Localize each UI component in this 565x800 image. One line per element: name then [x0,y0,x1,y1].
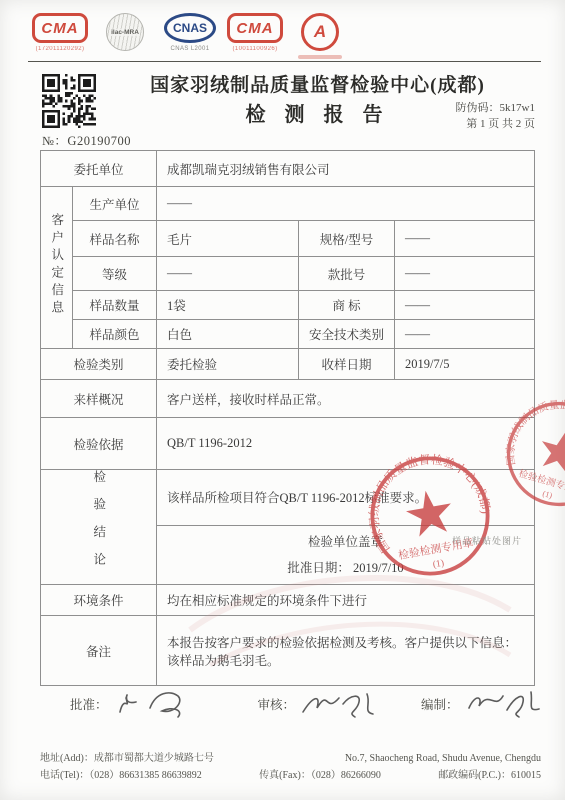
table-row: 样品颜色 白色 安全技术类别 —— [41,320,535,349]
postal-code: 邮政编码(P.C.)：610015 [438,767,541,784]
cma2-license-number: (10011100926) [232,46,277,52]
trademark-label: 商 标 [299,291,395,320]
header-divider [28,61,541,62]
table-row: 委托单位 成都凯瑞克羽绒销售有限公司 [41,151,535,187]
remark-value: 本报告按客户要求的检验依据检测及考核。客户提供以下信息：该样品为鹅毛羽毛。 [157,616,535,686]
sample-status-label: 来样概况 [41,380,157,418]
cma-mark-icon: CMA [32,13,87,43]
consignor-value: 成都凯瑞克羽绒销售有限公司 [157,151,535,187]
approver-signature-icon [112,686,208,722]
conclusion-group: 检验结论 [41,470,157,585]
producer-value: —— [157,187,535,221]
address-cn: 地址(Add)：成都市蜀都大道少城路七号 [40,750,214,767]
safety-class-label: 安全技术类别 [299,320,395,349]
cal-license-number [298,55,342,59]
environment-value: 均在相应标准规定的环境条件下进行 [157,585,535,616]
color-value: 白色 [157,320,299,349]
batch-label: 款批号 [299,257,395,291]
table-row: 样品数量 1袋 商 标 —— [41,291,535,320]
ilac-globe-icon: ilac-MRA [106,13,144,51]
table-row: 检验类别 委托检验 收样日期 2019/7/5 [41,349,535,380]
center-name: 国家羽绒制品质量监督检验中心(成都) [95,70,540,97]
certification-logos: CMA (172011120292) ilac-MRA CNAS CNAS L2… [34,13,346,59]
address-en: No.7, Shaocheng Road, Shudu Avenue, Chen… [345,750,541,767]
cma-logo-2: CMA (10011100926) [229,13,281,52]
review-label: 审核： [258,695,296,713]
producer-label: 生产单位 [73,187,157,221]
reviewer-signature-icon [299,686,387,722]
basis-label: 检验依据 [41,418,157,470]
approve-label: 批准： [70,695,108,713]
reviewer-signature: 审核： [258,686,388,722]
quantity-label: 样品数量 [73,291,157,320]
table-row: 样品名称 毛片 规格/型号 —— [41,221,535,257]
cnas-logo: CNAS CNAS L2001 [164,13,216,52]
receive-date-label: 收样日期 [299,349,395,380]
fax: 传真(Fax)：（028）86266090 [259,767,381,784]
seal-photo-note: 样品粘贴处图片 [452,534,522,547]
inspection-seal: 国家羽绒制品质量监督检验中心(成都) 检验检测专用章 (1) [356,442,504,590]
report-page: CMA (172011120292) ilac-MRA CNAS CNAS L2… [0,0,565,800]
svg-text:(1): (1) [541,489,553,500]
cma-mark-icon: CMA [227,13,282,43]
qr-code-icon [42,74,96,128]
sample-name-label: 样品名称 [73,221,157,257]
page-indicator: 第 1 页 共 2 页 [456,117,535,133]
preparer-signature: 编制： [421,686,555,722]
anti-fake-code: 防伪码：5k17w1 [456,101,535,117]
consignor-label: 委托单位 [41,151,157,187]
spec-label: 规格/型号 [299,221,395,257]
trademark-value: —— [395,291,535,320]
approver-signature: 批准： [70,686,208,722]
svg-text:(1): (1) [432,558,445,571]
inspection-type-label: 检验类别 [41,349,157,380]
report-table: 委托单位 成都凯瑞克羽绒销售有限公司 客户认定信息 生产单位 —— 样品名称 毛… [40,150,535,686]
batch-value: —— [395,257,535,291]
table-row: 来样概况 客户送样，接收时样品正常。 [41,380,535,418]
color-label: 样品颜色 [73,320,157,349]
preparer-signature-icon [463,686,555,722]
inspection-type-value: 委托检验 [157,349,299,380]
cnas-license-number: CNAS L2001 [170,46,209,52]
table-row: 备注 本报告按客户要求的检验依据检测及考核。客户提供以下信息：该样品为鹅毛羽毛。 [41,616,535,686]
grade-label: 等级 [73,257,157,291]
report-number: №：G20190700 [42,131,131,149]
cal-logo: A [294,13,346,59]
cnas-mark-icon: CNAS [164,13,216,43]
svg-text:检验检测专用章: 检验检测专用章 [517,467,565,497]
quantity-value: 1袋 [157,291,299,320]
ilac-mra-logo: ilac-MRA [99,13,151,51]
footer: 地址(Add)：成都市蜀都大道少城路七号 No.7, Shaocheng Roa… [40,750,541,784]
sample-status-value: 客户送样，接收时样品正常。 [157,380,535,418]
environment-label: 环境条件 [41,585,157,616]
client-info-group: 客户认定信息 [41,187,73,349]
signature-row: 批准： 审核： 编制： [70,686,555,722]
table-row: 环境条件 均在相应标准规定的环境条件下进行 [41,585,535,616]
prepare-label: 编制： [421,695,459,713]
header-meta: 防伪码：5k17w1 第 1 页 共 2 页 [456,101,535,133]
spec-value: —— [395,221,535,257]
sample-name-value: 毛片 [157,221,299,257]
cma1-license-number: (172011120292) [36,46,85,52]
grade-value: —— [157,257,299,291]
phone: 电话(Tel)：（028）86631385 86639892 [40,767,202,784]
table-row: 等级 —— 款批号 —— [41,257,535,291]
receive-date-value: 2019/7/5 [395,349,535,380]
table-row: 客户认定信息 生产单位 —— [41,187,535,221]
safety-class-value: —— [395,320,535,349]
remark-label: 备注 [41,616,157,686]
cma-logo-1: CMA (172011120292) [34,13,86,52]
cal-mark-icon: A [301,13,339,51]
